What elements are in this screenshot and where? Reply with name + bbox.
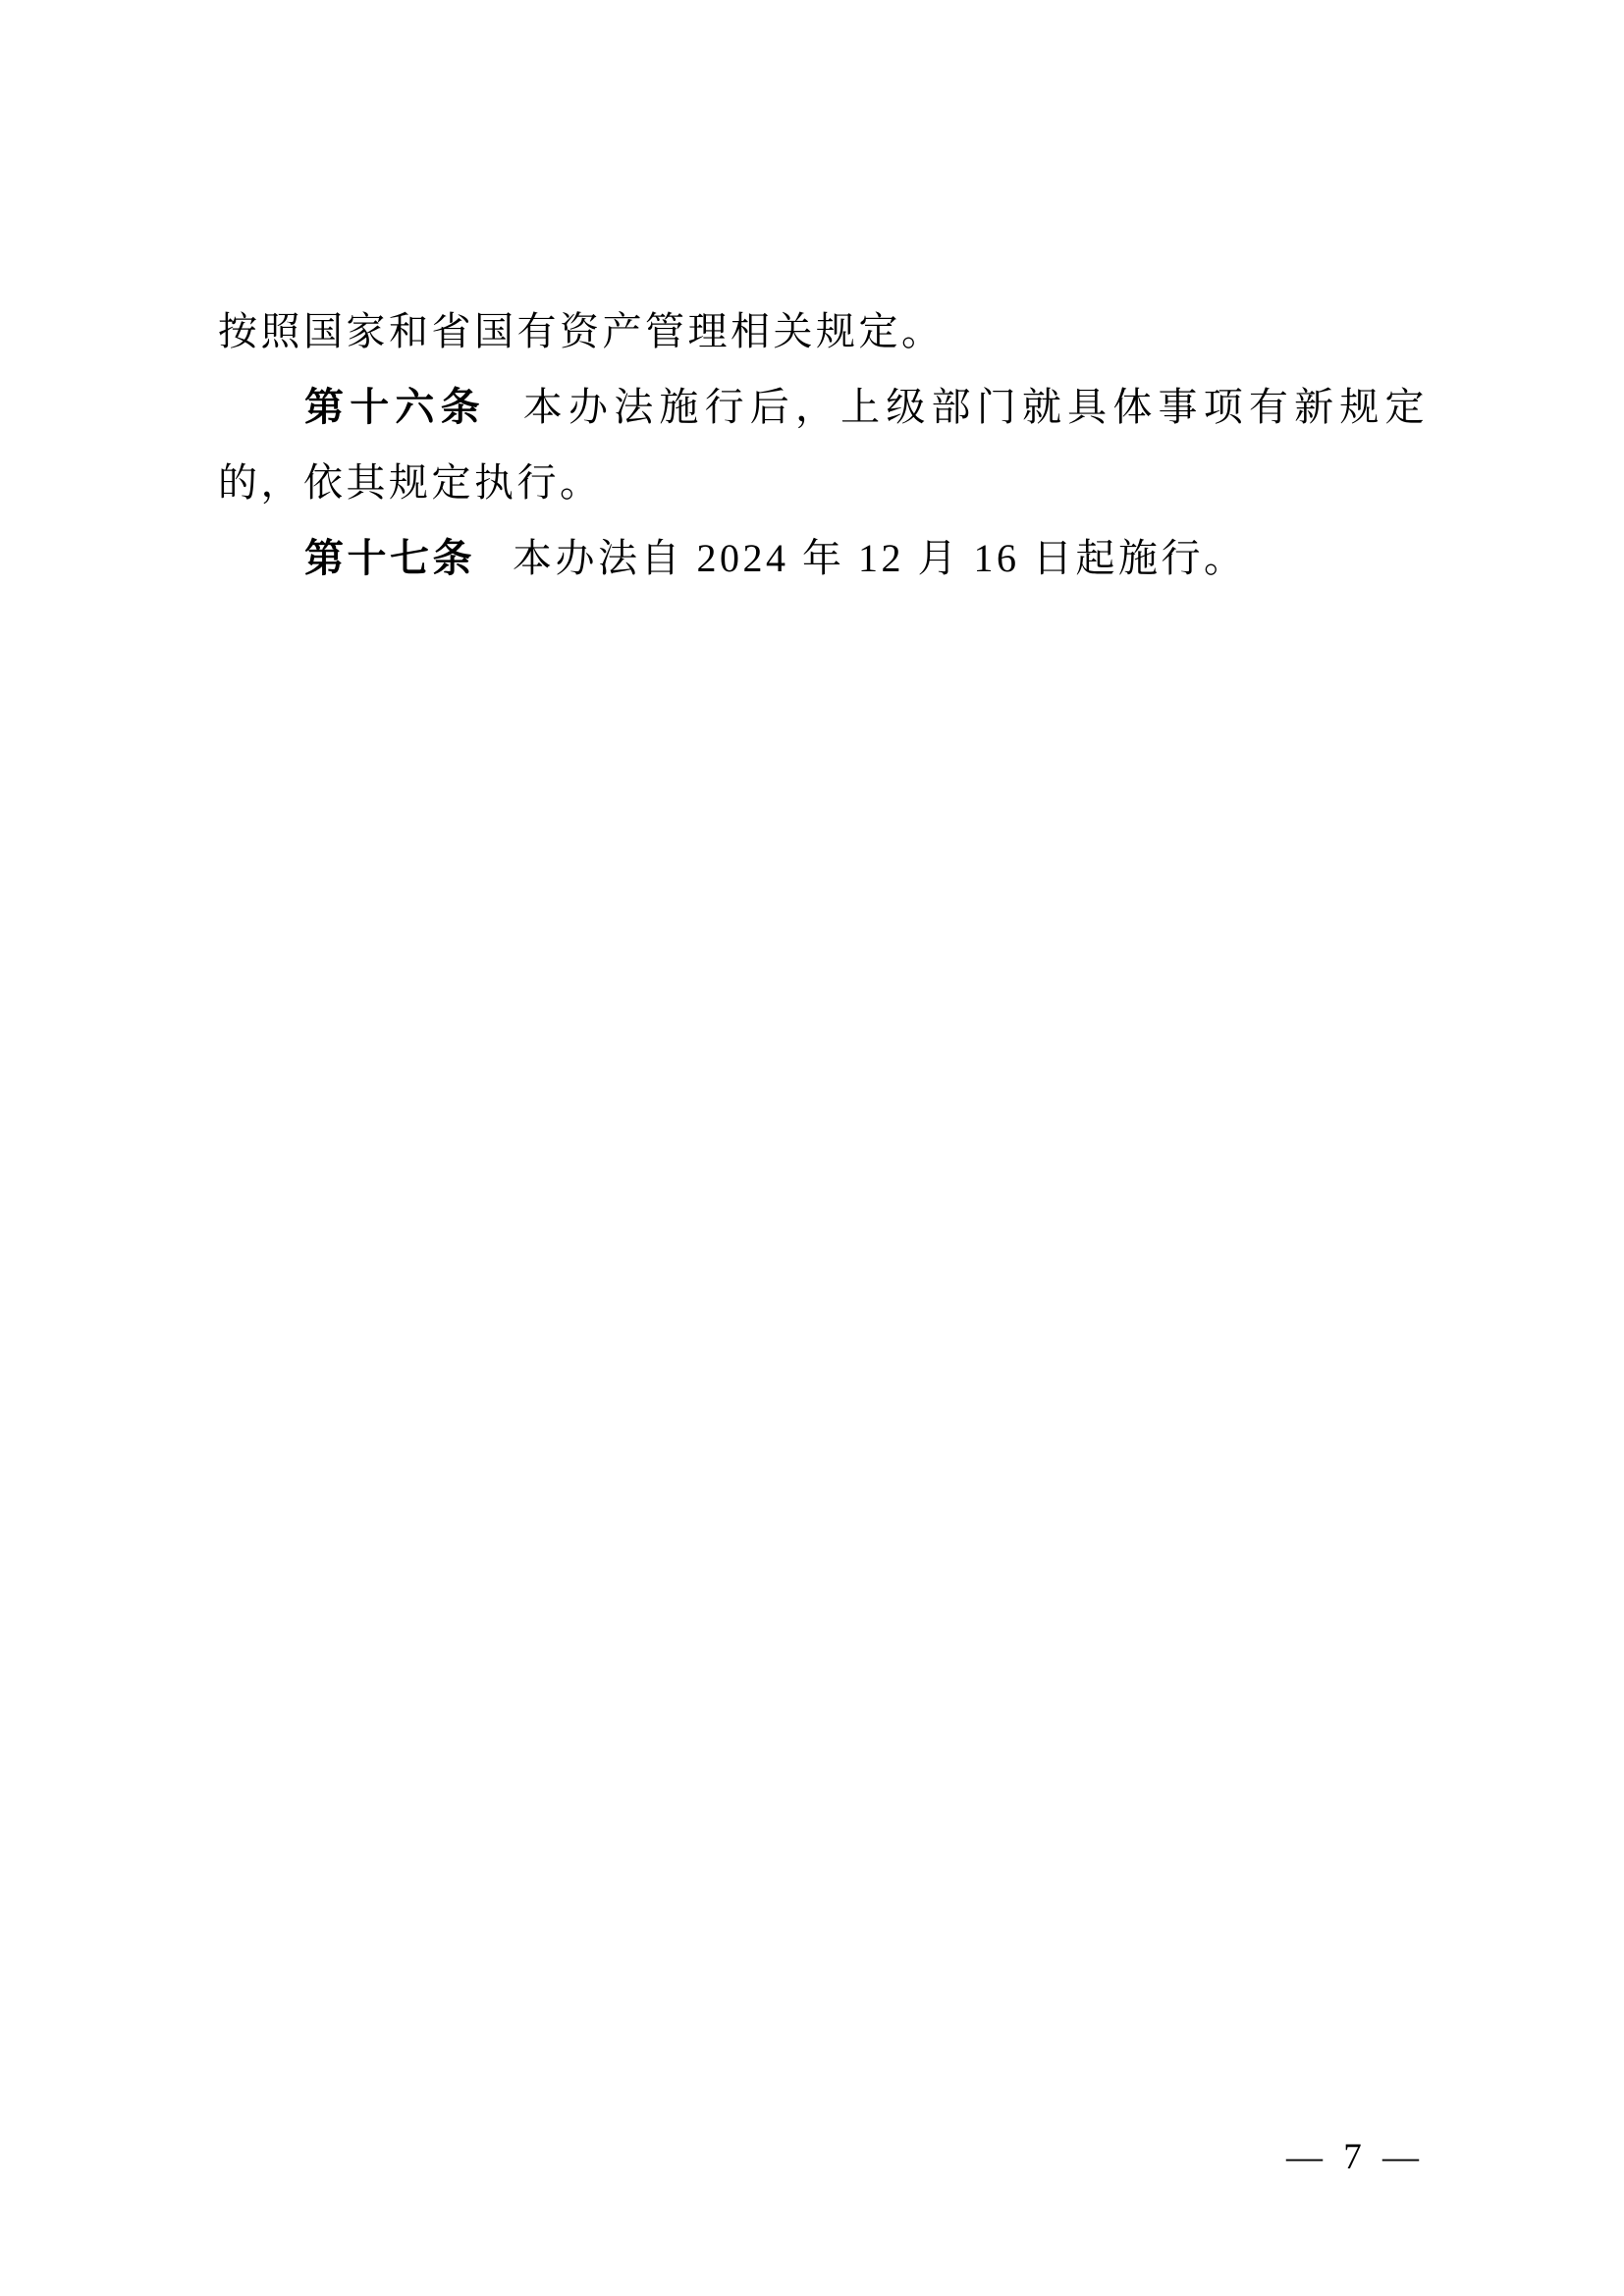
continuation-paragraph-text: 按照国家和省国有资产管理相关规定。 — [218, 309, 945, 353]
page-number: — 7 — — [1286, 2136, 1425, 2179]
article-17-heading: 第十七条 — [304, 536, 475, 580]
document-text-block: 按照国家和省国有资产管理相关规定。 第十六条本办法施行后，上级部门就具体事项有新… — [218, 294, 1428, 596]
article-16-heading: 第十六条 — [304, 385, 486, 429]
document-page: 按照国家和省国有资产管理相关规定。 第十六条本办法施行后，上级部门就具体事项有新… — [0, 0, 1624, 2296]
paragraph-article-16: 第十六条本办法施行后，上级部门就具体事项有新规定的，依其规定执行。 — [218, 369, 1428, 520]
paragraph-continuation: 按照国家和省国有资产管理相关规定。 — [218, 294, 1428, 369]
article-17-body: 本办法自 2024 年 12 月 16 日起施行。 — [513, 536, 1247, 580]
paragraph-article-17: 第十七条本办法自 2024 年 12 月 16 日起施行。 — [218, 520, 1428, 596]
